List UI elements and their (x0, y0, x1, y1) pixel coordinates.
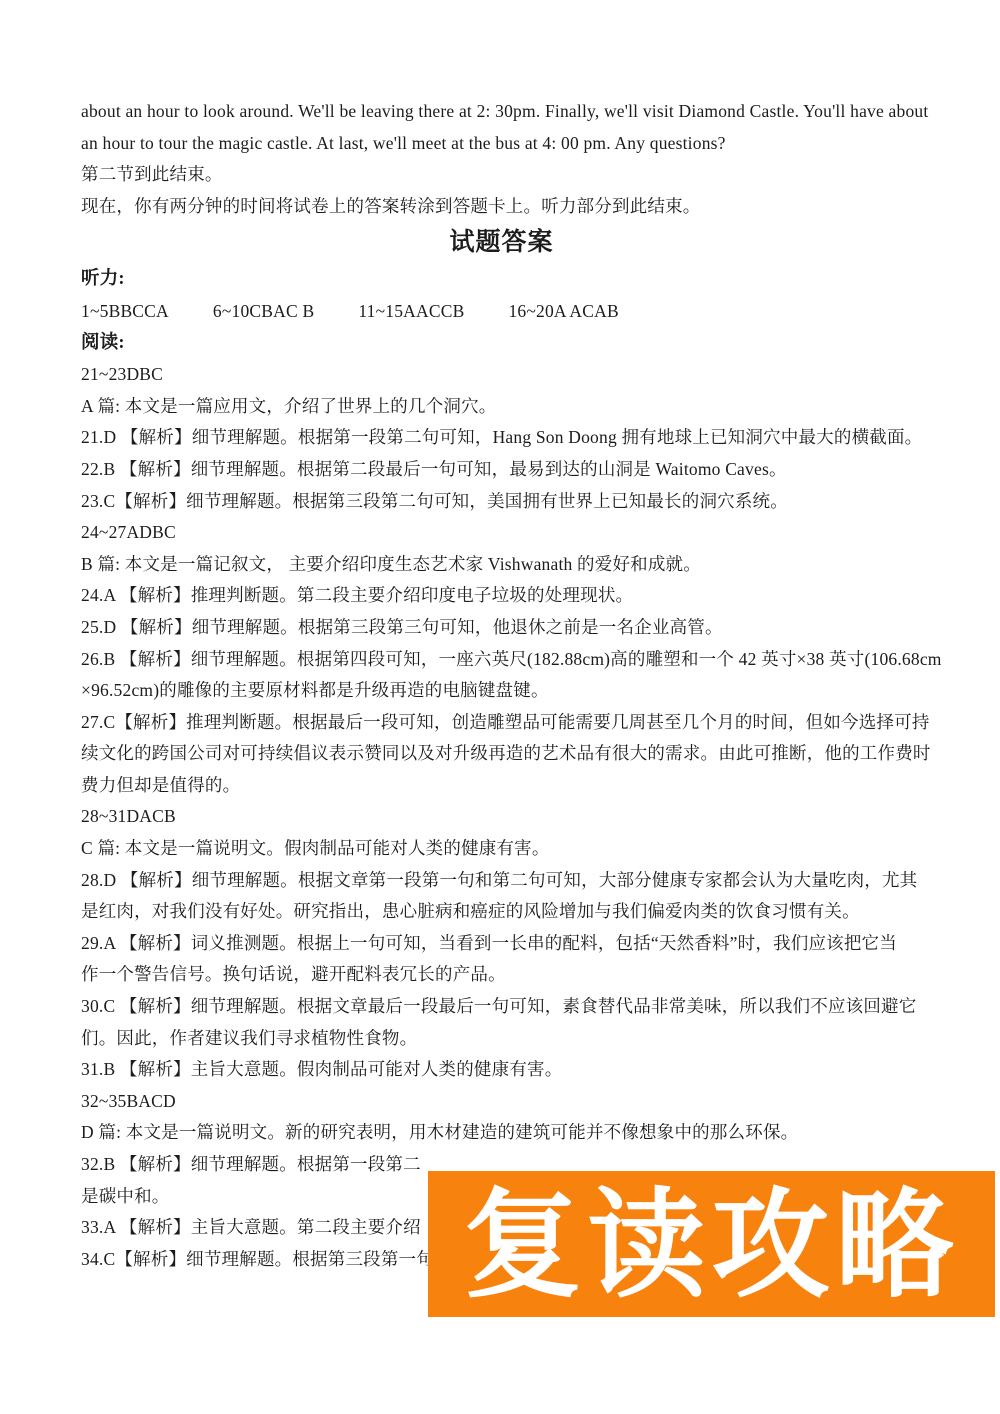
answer-line: 31.B 【解析】主旨大意题。假肉制品可能对人类的健康有害。 (81, 1054, 922, 1086)
answer-line: 29.A 【解析】词义推测题。根据上一句可知，当看到一长串的配料，包括“天然香料… (81, 928, 922, 960)
answer-line: 23.C【解析】细节理解题。根据第三段第二句可知，美国拥有世界上已知最长的洞穴系… (81, 486, 922, 518)
answer-group: 16~20A ACAB (508, 296, 618, 328)
script-line: about an hour to look around. We'll be l… (81, 96, 922, 128)
answer-group: 6~10CBAC B (213, 296, 314, 328)
listening-answers-row: 1~5BBCCA 6~10CBAC B 11~15AACCB 16~20A AC… (81, 296, 922, 328)
listening-section-label: 听力: (81, 264, 922, 296)
answer-group: 11~15AACCB (358, 296, 464, 328)
answer-line: 28.D 【解析】细节理解题。根据文章第一段第一句和第二句可知，大部分健康专家都… (81, 865, 922, 897)
answer-line: 21.D 【解析】细节理解题。根据第一段第二句可知，Hang Son Doong… (81, 422, 922, 454)
answer-line: D 篇: 本文是一篇说明文。新的研究表明，用木材建造的建筑可能并不像想象中的那么… (81, 1117, 922, 1149)
answer-line: 25.D 【解析】细节理解题。根据第三段第三句可知，他退休之前是一名企业高管。 (81, 612, 922, 644)
answer-line: 28~31DACB (81, 801, 922, 833)
answer-group: 1~5BBCCA (81, 296, 169, 328)
answer-line: 费力但却是值得的。 (81, 770, 922, 802)
script-line: 现在，你有两分钟的时间将试卷上的答案转涂到答题卡上。听力部分到此结束。 (81, 191, 922, 223)
script-line: an hour to tour the magic castle. At las… (81, 128, 922, 160)
answer-line: 30.C 【解析】细节理解题。根据文章最后一段最后一句可知，素食替代品非常美味，… (81, 991, 922, 1023)
answer-line: 24.A 【解析】推理判断题。第二段主要介绍印度电子垃圾的处理现状。 (81, 580, 922, 612)
answer-line: 续文化的跨国公司对可持续倡议表示赞同以及对升级再造的艺术品有很大的需求。由此可推… (81, 738, 922, 770)
script-line: 第二节到此结束。 (81, 159, 922, 191)
answer-key-title: 试题答案 (81, 222, 922, 264)
document-page: about an hour to look around. We'll be l… (0, 0, 1000, 1275)
answer-line: ×96.52cm)的雕像的主要原材料都是升级再造的电脑键盘键。 (81, 675, 922, 707)
answer-line: A 篇: 本文是一篇应用文，介绍了世界上的几个洞穴。 (81, 391, 922, 423)
answer-line: 是红肉，对我们没有好处。研究指出，患心脏病和癌症的风险增加与我们偏爱肉类的饮食习… (81, 896, 922, 928)
answer-line: 24~27ADBC (81, 517, 922, 549)
answer-line: 作一个警告信号。换句话说，避开配料表冗长的产品。 (81, 959, 922, 991)
answer-line: 22.B 【解析】细节理解题。根据第二段最后一句可知，最易到达的山洞是 Wait… (81, 454, 922, 486)
answer-line: 32~35BACD (81, 1086, 922, 1118)
answer-line: 27.C【解析】推理判断题。根据最后一段可知，创造雕塑品可能需要几周甚至几个月的… (81, 707, 922, 739)
answer-line: C 篇: 本文是一篇说明文。假肉制品可能对人类的健康有害。 (81, 833, 922, 865)
watermark-text: 复读攻略 (463, 1187, 959, 1305)
answer-line: 21~23DBC (81, 359, 922, 391)
answer-line: 们。因此，作者建议我们寻求植物性食物。 (81, 1023, 922, 1055)
watermark-banner: 复读攻略 (428, 1171, 995, 1317)
answer-line: 26.B 【解析】细节理解题。根据第四段可知，一座六英尺(182.88cm)高的… (81, 644, 922, 676)
reading-section-label: 阅读: (81, 328, 922, 360)
answer-line: B 篇: 本文是一篇记叙文， 主要介绍印度生态艺术家 Vishwanath 的爱… (81, 549, 922, 581)
